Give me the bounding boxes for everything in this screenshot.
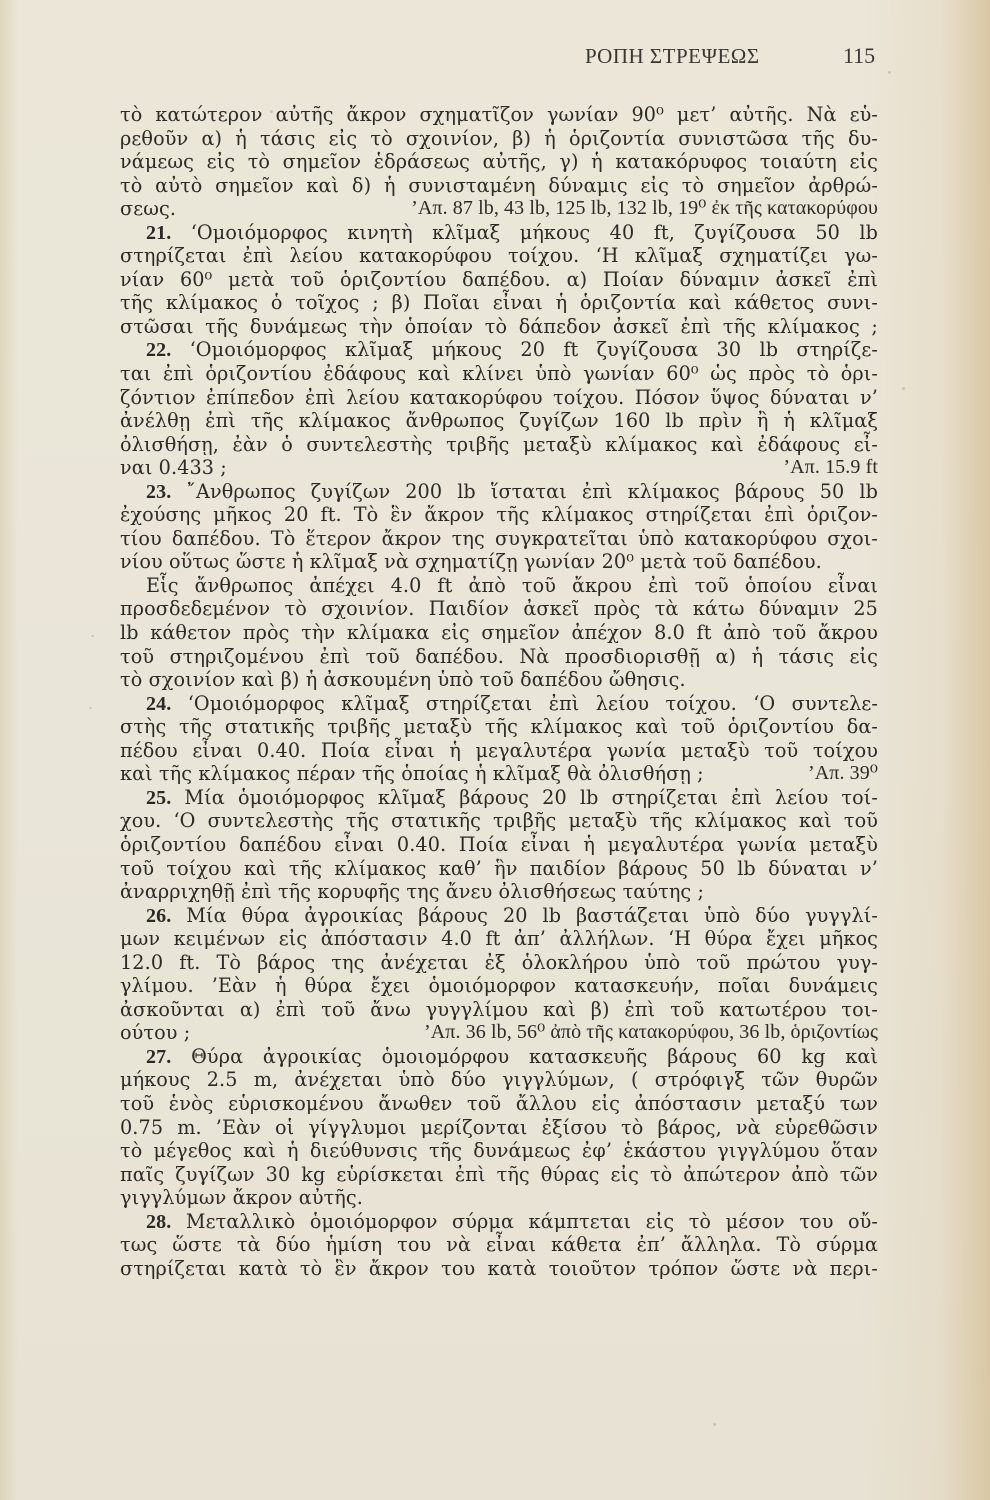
text-line: πέδου εἶναι 0.40. Ποία εἶναι ἡ μεγαλυτέρ… xyxy=(120,739,878,763)
problem-text: ‘Ομοιόμορφος κλῖμαξ μήκους 20 ft ζυγίζου… xyxy=(190,338,878,361)
paper-speck xyxy=(713,1423,716,1426)
answer: ’Απ. 87 lb, 43 lb, 125 lb, 132 lb, 19⁰ ἐ… xyxy=(411,197,878,221)
text-line: τὸ αὐτὸ σημεῖον καὶ δ) ἡ συνισταμένη δύν… xyxy=(120,174,878,198)
problem-27: 27. Θύρα ἀγροικίας ὁμοιομόρφου κατασκευῆ… xyxy=(120,1045,878,1210)
text-line: χου. ‘Ο συντελεστὴς τῆς στατικῆς τριβῆς … xyxy=(120,809,878,833)
text-line: τοῦ τοίχου καὶ τῆς κλίμακος καθ’ ἣν παιδ… xyxy=(120,857,878,881)
paper-speck xyxy=(91,635,94,637)
page-number: 115 xyxy=(843,43,875,69)
text-line-end: σεως. xyxy=(120,197,176,221)
text-line-end: ναι 0.433 ; xyxy=(120,456,227,480)
text-line: ἐχούσης μῆκος 20 ft. Τὸ ἓν ἄκρον τῆς κλί… xyxy=(120,503,878,527)
answer-line: ούτου ; ’Απ. 36 lb, 56⁰ ἀπὸ τῆς κατακορύ… xyxy=(120,1021,878,1045)
text-line: στηρίζεται κατὰ τὸ ἓν ἄκρον του κατὰ τοι… xyxy=(120,1257,878,1281)
problem-first-line: 27. Θύρα ἀγροικίας ὁμοιομόρφου κατασκευῆ… xyxy=(120,1045,878,1069)
answer: ’Απ. 36 lb, 56⁰ ἀπὸ τῆς κατακορύφου, 36 … xyxy=(424,1021,878,1045)
problem-22: 22. ‘Ομοιόμορφος κλῖμαξ μήκους 20 ft ζυγ… xyxy=(120,338,878,479)
text-line: τὸ σχοινίον καὶ β) ἡ ἀσκουμένη ὑπὸ τοῦ δ… xyxy=(120,668,878,692)
problem-first-line: 25. Μία ὁμοιόμορφος κλῖμαξ βάρους 20 lb … xyxy=(120,786,878,810)
problem-text: Μία θύρα ἀγροικίας βάρους 20 lb βαστάζετ… xyxy=(186,904,878,927)
problem-text: Θύρα ἀγροικίας ὁμοιομόρφου κατασκευῆς βά… xyxy=(191,1045,878,1068)
problem-first-line: 24. ‘Ομοιόμορφος κλῖμαξ στηρίζεται ἐπὶ λ… xyxy=(120,692,878,716)
problem-text: Μεταλλικὸ ὁμοιόμορφον σύρμα κάμπτεται εἰ… xyxy=(186,1210,878,1233)
problem-24: 24. ‘Ομοιόμορφος κλῖμαξ στηρίζεται ἐπὶ λ… xyxy=(120,692,878,786)
problem-number: 25. xyxy=(146,787,171,809)
text-line: ἀναρριχηθῇ ἐπὶ τῆς κορυφῆς της ἄνευ ὀλισ… xyxy=(120,880,878,904)
problem-first-line: 28. Μεταλλικὸ ὁμοιόμορφον σύρμα κάμπτετα… xyxy=(120,1210,878,1234)
problem-text: ῎Ανθρωπος ζυγίζων 200 lb ἵσταται ἐπὶ κλί… xyxy=(186,480,878,503)
text-line: τοῦ στηριζομένου ἐπὶ τοῦ δαπέδου. Νὰ προ… xyxy=(120,645,878,669)
problem-number: 23. xyxy=(146,481,171,503)
paper-speck xyxy=(888,71,891,74)
text-line: ἀνέλθῃ ἐπὶ τῆς κλίμακος ἄνθρωπος ζυγίζων… xyxy=(120,409,878,433)
text-line: 0.75 m. ’Εὰν οἱ γίγγλυμοι μερίζονται ἐξί… xyxy=(120,1116,878,1140)
paper-speck xyxy=(270,110,273,113)
text-line: τῆς κλίμακος ὁ τοῖχος ; β) Ποῖαι εἶναι ἡ… xyxy=(120,291,878,315)
text-line-end: καὶ τῆς κλίμακος πέραν τῆς ὁποίας ἡ κλῖμ… xyxy=(120,762,704,786)
text-line: στὴς τῆς στατικῆς τριβῆς μεταξὺ τῆς κλίμ… xyxy=(120,715,878,739)
problem-text: ‘Ομοιόμορφος κινητὴ κλῖμαξ μήκους 40 ft,… xyxy=(191,221,878,244)
text-line: ζόντιον ἐπίπεδον ἐπὶ λείου κατακορύφου τ… xyxy=(120,386,878,410)
problem-21: 21. ‘Ομοιόμορφος κινητὴ κλῖμαξ μήκους 40… xyxy=(120,221,878,339)
problem-first-line: 21. ‘Ομοιόμορφος κινητὴ κλῖμαξ μήκους 40… xyxy=(120,221,878,245)
text-line: ἀσκοῦνται α) ἐπὶ τοῦ ἄνω γυγγλίμου καὶ β… xyxy=(120,998,878,1022)
text-line: ται ἐπὶ ὁριζοντίου ἐδάφους καὶ κλίνει ὑπ… xyxy=(120,362,878,386)
problem-number: 24. xyxy=(146,693,171,715)
text-line: lb κάθετον πρὸς τὴν κλίμακα εἰς σημεῖον … xyxy=(120,621,878,645)
text-line: παῖς ζυγίζων 30 kg εὑρίσκεται ἐπὶ τῆς θύ… xyxy=(120,1163,878,1187)
answer: ’Απ. 39⁰ xyxy=(808,762,878,786)
problem-26: 26. Μία θύρα ἀγροικίας βάρους 20 lb βαστ… xyxy=(120,904,878,1045)
text-line: τοῦ ἑνὸς εὑρισκομένου ἄνωθεν τοῦ ἄλλου ε… xyxy=(120,1092,878,1116)
paragraph-first-line: Εἷς ἄνθρωπος ἀπέχει 4.0 ft ἀπὸ τοῦ ἄκρου… xyxy=(120,574,878,598)
text-line: στηρίζεται ἐπὶ λείου κατακορύφου τοίχου.… xyxy=(120,244,878,268)
text-line: γιγγλύμων ἄκρον αὐτῆς. xyxy=(120,1186,878,1210)
problem-20-continuation: τὸ κατώτερον αὐτῆς ἄκρον σχηματῖζον γωνί… xyxy=(120,103,878,221)
text-line: νίαν 60⁰ μετὰ τοῦ ὁριζοντίου δαπέδου. α)… xyxy=(120,268,878,292)
text-line: μων κειμένων εἰς ἀπόστασιν 4.0 ft ἀπ’ ἀλ… xyxy=(120,927,878,951)
text-line: νίου οὕτως ὥστε ἡ κλῖμαξ νὰ σχηματίζῃ γω… xyxy=(120,550,878,574)
answer-line: σεως. ’Απ. 87 lb, 43 lb, 125 lb, 132 lb,… xyxy=(120,197,878,221)
text-line: τως ὥστε τὰ δύο ἡμίση του νὰ εἶναι κάθετ… xyxy=(120,1233,878,1257)
running-head-title: ΡΟΠΗ ΣΤΡΕΨΕΩΣ xyxy=(585,44,760,69)
problem-text: ‘Ομοιόμορφος κλῖμαξ στηρίζεται ἐπὶ λείου… xyxy=(188,692,878,715)
text-line: τὸ κατώτερον αὐτῆς ἄκρον σχηματῖζον γωνί… xyxy=(120,103,878,127)
paper-speck xyxy=(902,387,905,390)
text-line: τίου δαπέδου. Τὸ ἕτερον ἄκρον της συγκρα… xyxy=(120,527,878,551)
problem-first-line: 23. ῎Ανθρωπος ζυγίζων 200 lb ἵσταται ἐπὶ… xyxy=(120,480,878,504)
text-line: προσδεδεμένον τὸ σχοινίον. Παιδίον ἀσκεῖ… xyxy=(120,597,878,621)
problem-23: 23. ῎Ανθρωπος ζυγίζων 200 lb ἵσταται ἐπὶ… xyxy=(120,480,878,692)
problem-number: 22. xyxy=(146,339,171,361)
text-line: στῶσαι τῆς δυνάμεως τὴν ὁποίαν τὸ δάπεδο… xyxy=(120,315,878,339)
text-line: ὀλισθήσῃ, ἐὰν ὁ συντελεστὴς τριβῆς μεταξ… xyxy=(120,433,878,457)
book-page: ΡΟΠΗ ΣΤΡΕΨΕΩΣ 115 τὸ κατώτερον αὐτῆς ἄκρ… xyxy=(0,0,990,1500)
problem-text: Μία ὁμοιόμορφος κλῖμαξ βάρους 20 lb στηρ… xyxy=(184,786,878,809)
problem-number: 21. xyxy=(146,222,171,244)
text-line: ὁριζοντίου δαπέδου εἶναι 0.40. Ποία εἶνα… xyxy=(120,833,878,857)
text-line: νάμεως εἰς τὸ σημεῖον ἑδράσεως αὐτῆς, γ)… xyxy=(120,150,878,174)
problem-28: 28. Μεταλλικὸ ὁμοιόμορφον σύρμα κάμπτετα… xyxy=(120,1210,878,1281)
text-line: γλίμου. ’Εὰν ἡ θύρα ἔχει ὁμοιόμορφον κατ… xyxy=(120,974,878,998)
paper-speck xyxy=(89,707,92,709)
problem-first-line: 26. Μία θύρα ἀγροικίας βάρους 20 lb βαστ… xyxy=(120,904,878,928)
body-text: τὸ κατώτερον αὐτῆς ἄκρον σχηματῖζον γωνί… xyxy=(120,103,878,1280)
problem-25: 25. Μία ὁμοιόμορφος κλῖμαξ βάρους 20 lb … xyxy=(120,786,878,904)
problem-first-line: 22. ‘Ομοιόμορφος κλῖμαξ μήκους 20 ft ζυγ… xyxy=(120,338,878,362)
problem-number: 26. xyxy=(146,905,171,927)
text-line: τὸ μέγεθος καὶ ἡ διεύθυνσις τῆς δυνάμεως… xyxy=(120,1139,878,1163)
answer-line: ναι 0.433 ; ’Απ. 15.9 ft xyxy=(120,456,878,480)
answer: ’Απ. 15.9 ft xyxy=(783,456,878,480)
text-line: μήκους 2.5 m, ἀνέχεται ὑπὸ δύο γιγγλύμων… xyxy=(120,1068,878,1092)
answer-line: καὶ τῆς κλίμακος πέραν τῆς ὁποίας ἡ κλῖμ… xyxy=(120,762,878,786)
text-line: ρεθοῦν α) ἡ τάσις εἰς τὸ σχοινίον, β) ἡ … xyxy=(120,127,878,151)
problem-number: 28. xyxy=(146,1211,171,1233)
problem-number: 27. xyxy=(146,1046,171,1068)
text-line-end: ούτου ; xyxy=(120,1021,190,1045)
text-line: 12.0 ft. Τὸ βάρος της ἀνέχεται ἐξ ὁλοκλή… xyxy=(120,951,878,975)
